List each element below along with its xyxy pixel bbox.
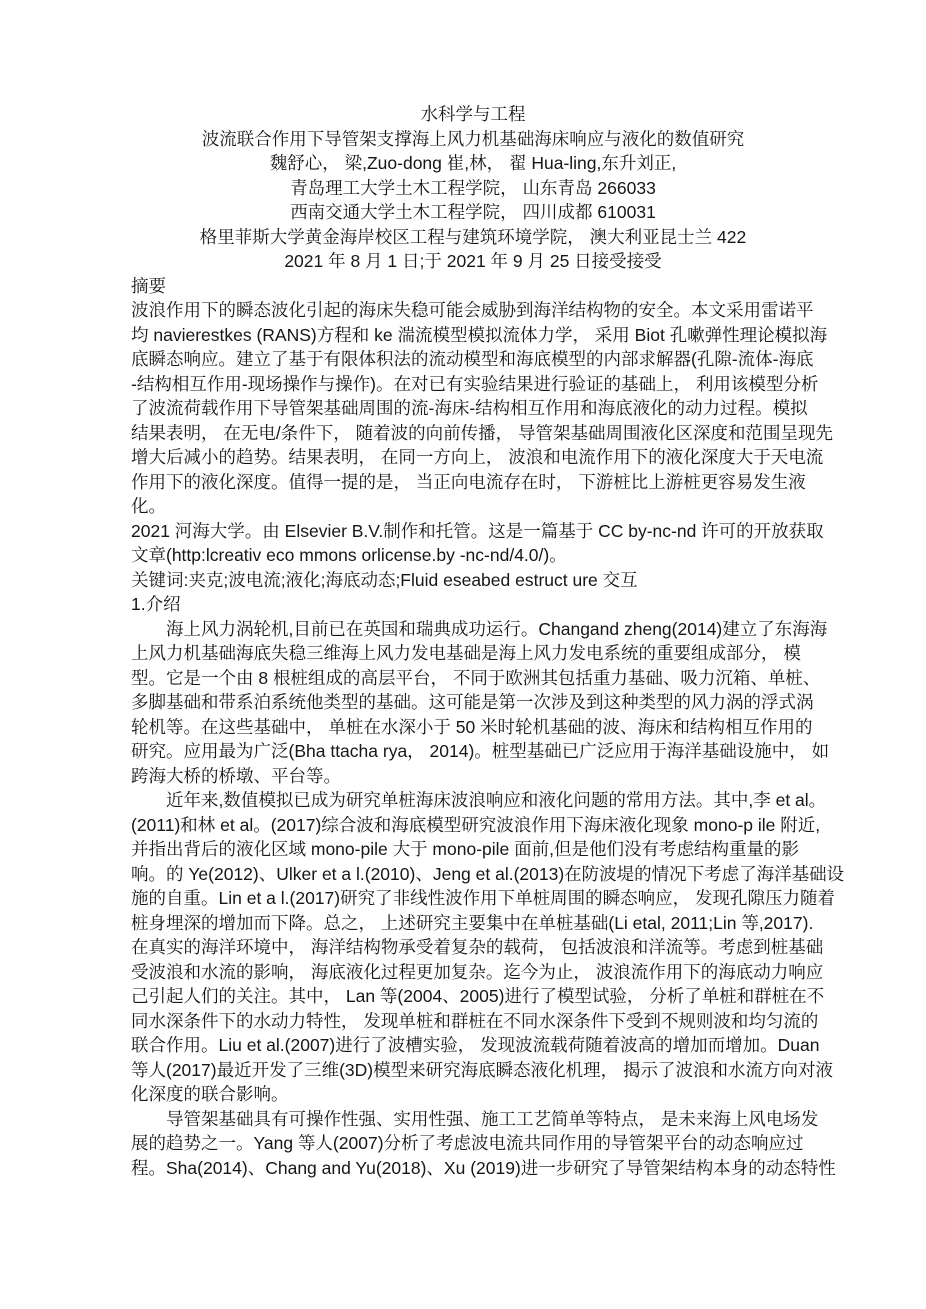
intro-line: 施的自重。Lin et a l.(2017)研究了非线性波作用下单桩周围的瞬态响…: [131, 886, 815, 911]
affiliation-line-2: 西南交通大学土木工程学院， 四川成都 610031: [131, 200, 815, 225]
intro-line: 型。它是一个由 8 根桩组成的高层平台， 不同于欧洲其包括重力基础、吸力沉箱、单…: [131, 666, 815, 691]
section-heading-introduction: 1.介绍: [131, 592, 815, 617]
intro-line: (2011)和林 et al。(2017)综合波和海底模型研究波浪作用下海床液化…: [131, 813, 815, 838]
intro-line: 响。的 Ye(2012)、Ulker et a l.(2010)、Jeng et…: [131, 862, 815, 887]
intro-line: 导管架基础具有可操作性强、实用性强、施工工艺简单等特点， 是未来海上风电场发: [131, 1107, 815, 1132]
intro-line: 并指出背后的液化区域 mono-pile 大于 mono-pile 面前,但是他…: [131, 837, 815, 862]
abstract-heading: 摘要: [131, 274, 815, 299]
intro-line: 展的趋势之一。Yang 等人(2007)分析了考虑波电流共同作用的导管架平台的动…: [131, 1131, 815, 1156]
abstract-line: 增大后减小的趋势。结果表明， 在同一方向上， 波浪和电流作用下的液化深度大于天电…: [131, 445, 815, 470]
abstract-line: 均 navierestkes (RANS)方程和 ke 湍流模型模拟流体力学， …: [131, 323, 815, 348]
intro-line: 海上风力涡轮机,目前已在英国和瑞典成功运行。Changand zheng(201…: [131, 617, 815, 642]
intro-line: 己引起人们的关注。其中， Lan 等(2004、2005)进行了模型试验， 分析…: [131, 984, 815, 1009]
keywords-line: 关键词:夹克;波电流;液化;海底动态;Fluid eseabed estruct…: [131, 568, 815, 593]
journal-title: 水科学与工程: [131, 102, 815, 127]
dates-line: 2021 年 8 月 1 日;于 2021 年 9 月 25 日接受接受: [131, 249, 815, 274]
intro-line: 等人(2017)最近开发了三维(3D)模型来研究海底瞬态液化机理， 揭示了波浪和…: [131, 1058, 815, 1083]
paper-title: 波流联合作用下导管架支撑海上风力机基础海床响应与液化的数值研究: [131, 127, 815, 152]
abstract-line: 底瞬态响应。建立了基于有限体积法的流动模型和海底模型的内部求解器(孔隙-流体-海…: [131, 347, 815, 372]
body-text-block: 摘要波浪作用下的瞬态波化引起的海床失稳可能会威胁到海洋结构物的安全。本文采用雷诺…: [131, 274, 815, 1181]
intro-line: 受波浪和水流的影响， 海底液化过程更加复杂。迄今为止， 波浪流作用下的海底动力响…: [131, 960, 815, 985]
affiliation-line-3: 格里菲斯大学黄金海岸校区工程与建筑环境学院， 澳大利亚昆士兰 422: [131, 225, 815, 250]
document-content: 水科学与工程波流联合作用下导管架支撑海上风力机基础海床响应与液化的数值研究魏舒心…: [131, 102, 815, 1180]
abstract-line: 化。: [131, 494, 815, 519]
abstract-line: 作用下的液化深度。值得一提的是， 当正向电流存在时， 下游桩比上游桩更容易发生液: [131, 470, 815, 495]
abstract-line: -结构相互作用-现场操作与操作)。在对已有实验结果进行验证的基础上， 利用该模型…: [131, 372, 815, 397]
intro-line: 上风力机基础海底失稳三维海上风力发电基础是海上风力发电系统的重要组成部分， 模: [131, 641, 815, 666]
intro-line: 研究。应用最为广泛(Bha ttacha rya， 2014)。桩型基础已广泛应…: [131, 739, 815, 764]
intro-line: 程。Sha(2014)、Chang and Yu(2018)、Xu (2019)…: [131, 1156, 815, 1181]
license-line: 2021 河海大学。由 Elsevier B.V.制作和托管。这是一篇基于 CC…: [131, 519, 815, 544]
abstract-line: 了波流荷载作用下导管架基础周围的流-海床-结构相互作用和海底液化的动力过程。模拟: [131, 396, 815, 421]
document-page: 水科学与工程波流联合作用下导管架支撑海上风力机基础海床响应与液化的数值研究魏舒心…: [0, 0, 926, 1309]
abstract-line: 波浪作用下的瞬态波化引起的海床失稳可能会威胁到海洋结构物的安全。本文采用雷诺平: [131, 298, 815, 323]
intro-line: 联合作用。Liu et al.(2007)进行了波槽实验， 发现波流载荷随着波高…: [131, 1033, 815, 1058]
intro-line: 化深度的联合影响。: [131, 1082, 815, 1107]
license-line: 文章(http:lcreativ eco mmons orlicense.by …: [131, 543, 815, 568]
intro-line: 跨海大桥的桥墩、平台等。: [131, 764, 815, 789]
intro-line: 轮机等。在这些基础中， 单桩在水深小于 50 米时轮机基础的波、海床和结构相互作…: [131, 715, 815, 740]
intro-line: 桩身埋深的增加而下降。总之， 上述研究主要集中在单桩基础(Li etal, 20…: [131, 911, 815, 936]
authors-line: 魏舒心， 梁,Zuo-dong 崔,林， 翟 Hua-ling,东升刘正,: [131, 151, 815, 176]
affiliation-line-1: 青岛理工大学土木工程学院， 山东青岛 266033: [131, 176, 815, 201]
intro-line: 同水深条件下的水动力特性， 发现单桩和群桩在不同水深条件下受到不规则波和均匀流的: [131, 1009, 815, 1034]
intro-line: 多脚基础和带系泊系统他类型的基础。这可能是第一次涉及到这种类型的风力涡的浮式涡: [131, 690, 815, 715]
title-block: 水科学与工程波流联合作用下导管架支撑海上风力机基础海床响应与液化的数值研究魏舒心…: [131, 102, 815, 274]
intro-line: 近年来,数值模拟已成为研究单桩海床波浪响应和液化问题的常用方法。其中,李 et …: [131, 788, 815, 813]
abstract-line: 结果表明， 在无电/条件下， 随着波的向前传播， 导管架基础周围液化区深度和范围…: [131, 421, 815, 446]
intro-line: 在真实的海洋环境中， 海洋结构物承受着复杂的载荷， 包括波浪和洋流等。考虑到桩基…: [131, 935, 815, 960]
